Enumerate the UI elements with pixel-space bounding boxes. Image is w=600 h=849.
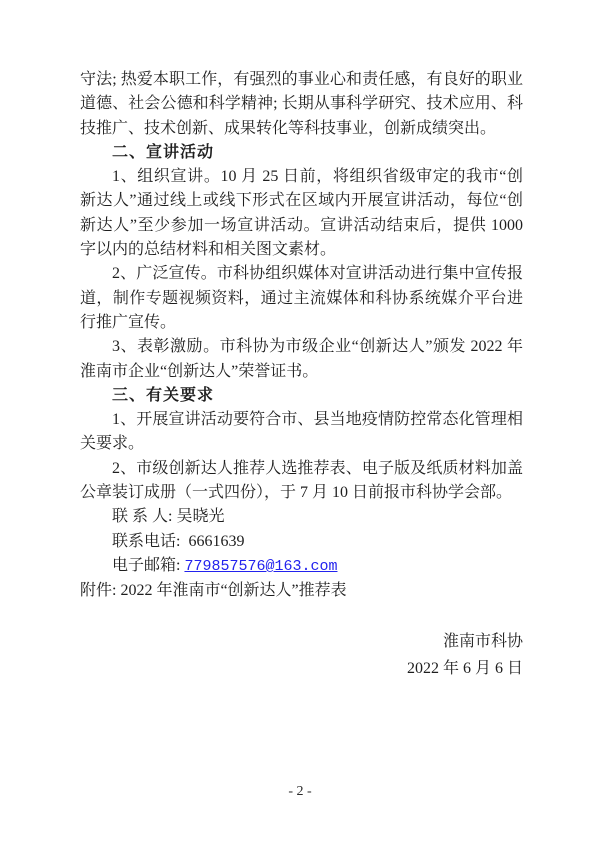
document-body: 守法; 热爱本职工作，有强烈的事业心和责任感，有良好的职业道德、社会公德和科学精…	[80, 68, 523, 681]
signature-date: 2022 年 6 月 6 日	[80, 657, 523, 681]
contact-phone-line: 联系电话: 6661639	[80, 530, 523, 554]
document-page: 守法; 热爱本职工作，有强烈的事业心和责任感，有良好的职业道德、社会公德和科学精…	[0, 0, 600, 849]
activities-paragraph-1: 1、组织宣讲。10 月 25 日前，将组织省级审定的我市“创新达人”通过线上或线…	[80, 165, 523, 262]
section-heading-requirements: 三、有关要求	[80, 384, 523, 408]
signature-organization: 淮南市科协	[80, 630, 523, 654]
activities-paragraph-2: 2、广泛宣传。市科协组织媒体对宣讲活动进行集中宣传报道，制作专题视频资料，通过主…	[80, 262, 523, 335]
contact-email-line: 电子邮箱: 779857576@163.com	[80, 554, 523, 579]
page-number: - 2 -	[0, 784, 600, 800]
requirements-paragraph-1: 1、开展宣讲活动要符合市、县当地疫情防控常态化管理相关要求。	[80, 408, 523, 457]
activities-paragraph-3: 3、表彰激励。市科协为市级企业“创新达人”颁发 2022 年淮南市企业“创新达人…	[80, 335, 523, 384]
requirements-paragraph-2: 2、市级创新达人推荐人选推荐表、电子版及纸质材料加盖公章装订成册（一式四份），于…	[80, 457, 523, 506]
signature-block: 淮南市科协 2022 年 6 月 6 日	[80, 630, 523, 682]
contact-person-line: 联 系 人: 吴晓光	[80, 505, 523, 529]
continuation-paragraph: 守法; 热爱本职工作，有强烈的事业心和责任感，有良好的职业道德、社会公德和科学精…	[80, 68, 523, 141]
section-heading-activities: 二、宣讲活动	[80, 141, 523, 165]
attachment-line: 附件: 2022 年淮南市“创新达人”推荐表	[80, 579, 523, 603]
email-label: 电子邮箱:	[112, 557, 184, 574]
email-link[interactable]: 779857576@163.com	[184, 558, 337, 575]
